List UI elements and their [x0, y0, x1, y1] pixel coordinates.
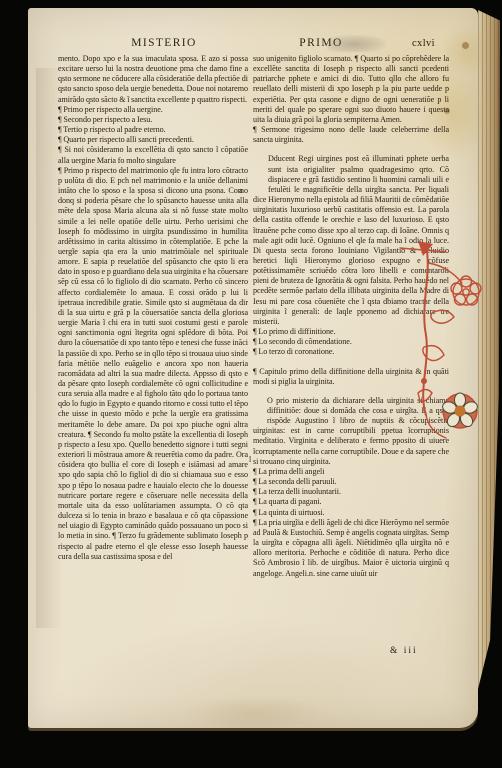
paragraph: ¶ Primo p rispecto del matrimonio qle fu…: [58, 166, 248, 562]
paragraph: ¶ Secondo per rispecto a Iesu.: [58, 115, 248, 125]
stem-tail: [426, 415, 446, 438]
leaf: [418, 390, 432, 402]
paper-stain: [178, 696, 328, 730]
paragraph: ¶ Primo per rispecto alla uergine.: [58, 105, 248, 115]
bottom-rosette: [441, 393, 479, 429]
paragraph: ¶ Sermone trigesimo nono delle laude cel…: [253, 125, 449, 145]
paragraph: suo unigenito figliolo scarnato. ¶ Quart…: [253, 54, 449, 125]
book-page: MISTERIO PRIMO cxlvi mento. Dopo xpo e l…: [28, 8, 478, 728]
ink-showthrough: [327, 35, 387, 52]
paragraph: ¶ La pria uirgĩia e delli ãgeli de chi d…: [253, 518, 449, 579]
paragraph: ¶ Tertio p rispecto al padre eterno.: [58, 125, 248, 135]
initial-guide-letter-l: l: [249, 455, 251, 464]
paragraph: ¶ Quarto per rispecto alli sancti preced…: [58, 135, 248, 145]
top-rosette: [451, 276, 481, 305]
stem-node: [421, 378, 427, 384]
flower-branch: [428, 263, 462, 283]
paragraph: ¶ La quinta di uirtuosi.: [253, 508, 449, 518]
folio-number: cxlvi: [412, 38, 456, 49]
running-title-left: MISTERIO: [103, 37, 225, 49]
paragraph: ¶ La quarta di pagani.: [253, 497, 449, 507]
signature-mark: & iii: [390, 646, 418, 656]
red-flourish-ornament: [416, 235, 490, 445]
paragraph: ¶ La prima delli angeli: [253, 467, 449, 477]
text-column-left: mento. Dopo xpo e la sua imaculata sposa…: [58, 54, 248, 652]
book-scan: MISTERIO PRIMO cxlvi mento. Dopo xpo e l…: [0, 0, 502, 768]
paragraph: ¶ La terza delli inuoluntarii.: [253, 487, 449, 497]
paragraph: mento. Dopo xpo e la sua imaculata sposa…: [58, 54, 248, 105]
paragraph: ¶ La seconda delli paruuli.: [253, 477, 449, 487]
initial-guide-letter-a: a: [239, 186, 243, 195]
leaf: [431, 310, 454, 323]
paper-stain: [462, 42, 469, 49]
paragraph: ¶ Si noi cõsideramo la excellẽtia di qst…: [58, 145, 248, 165]
red-flag: [418, 241, 433, 256]
